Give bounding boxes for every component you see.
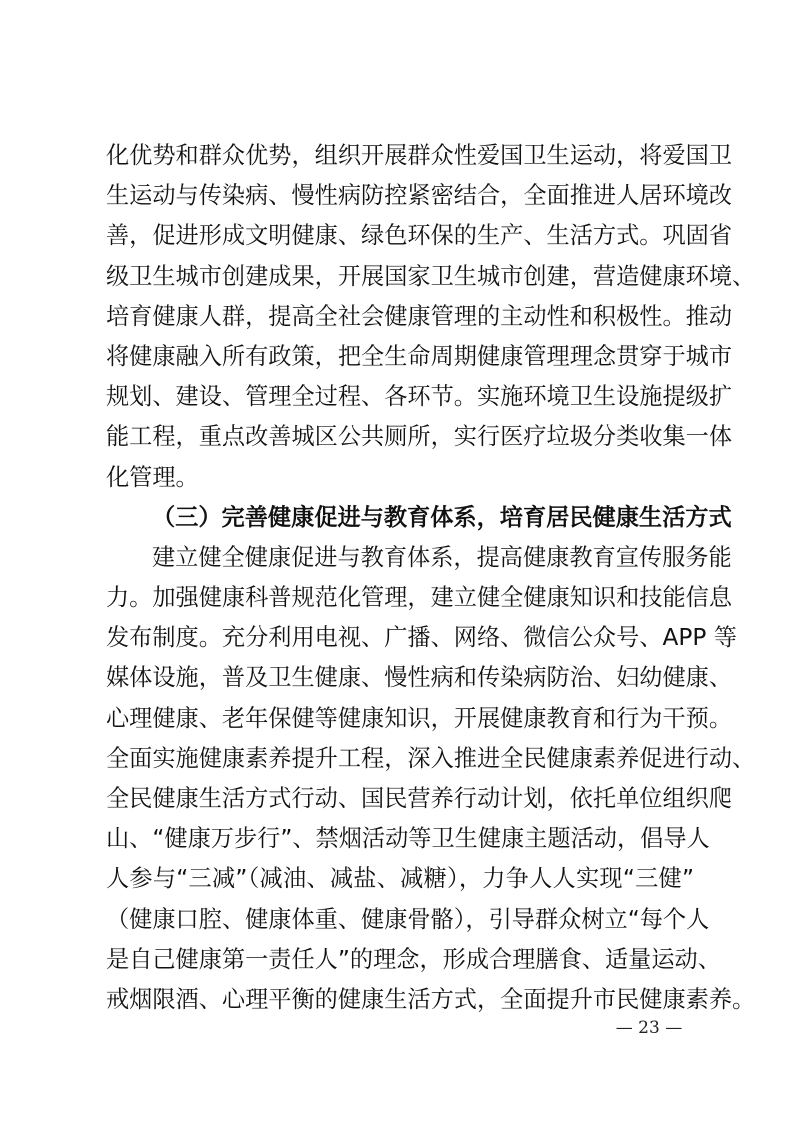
text-line: 戒烟限酒、心理平衡的健康生活方式，全面提升市民健康素养。 <box>106 980 694 1020</box>
text-line: 将健康融入所有政策，把全生命周期健康管理理念贯穿于城市 <box>106 337 694 377</box>
text-line: 培育健康人群，提高全社会健康管理的主动性和积极性。推动 <box>106 297 694 337</box>
text-line: 全民健康生活方式行动、国民营养行动计划，依托单位组织爬 <box>106 779 694 819</box>
text-line: 生运动与传染病、慢性病防控紧密结合，全面推进人居环境改 <box>106 176 694 216</box>
text-line: 媒体设施，普及卫生健康、慢性病和传染病防治、妇幼健康、 <box>106 658 694 698</box>
text-line: 是自己健康第一责任人”的理念，形成合理膳食、适量运动、 <box>106 940 694 980</box>
text-line: 化优势和群众优势，组织开展群众性爱国卫生运动，将爱国卫 <box>106 136 694 176</box>
section-heading: （三）完善健康促进与教育体系，培育居民健康生活方式 <box>106 498 694 538</box>
text-line: 山、“健康万步行”、禁烟活动等卫生健康主题活动，倡导人 <box>106 819 694 859</box>
text-line: 善，促进形成文明健康、绿色环保的生产、生活方式。巩固省 <box>106 216 694 256</box>
text-line: 力。加强健康科普规范化管理，建立健全健康知识和技能信息 <box>106 578 694 618</box>
page-number: — 23 — <box>604 1018 694 1038</box>
text-line: 心理健康、老年保健等健康知识，开展健康教育和行为干预。 <box>106 699 694 739</box>
text-line: 发布制度。充分利用电视、广播、网络、微信公众号、APP 等 <box>106 618 694 658</box>
text-line: 化管理。 <box>106 458 694 498</box>
text-line: （健康口腔、健康体重、健康骨骼），引导群众树立“每个人 <box>106 900 694 940</box>
text-line: 能工程，重点改善城区公共厕所，实行医疗垃圾分类收集一体 <box>106 417 694 457</box>
text-line: 人参与“三减”（减油、减盐、减糖），力争人人实现“三健” <box>106 859 694 899</box>
text-line: 规划、建设、管理全过程、各环节。实施环境卫生设施提级扩 <box>106 377 694 417</box>
text-line: 建立健全健康促进与教育体系，提高健康教育宣传服务能 <box>106 538 694 578</box>
text-line: 全面实施健康素养提升工程，深入推进全民健康素养促进行动、 <box>106 739 694 779</box>
text-line: 级卫生城市创建成果，开展国家卫生城市创建，营造健康环境、 <box>106 257 694 297</box>
page-body: 化优势和群众优势，组织开展群众性爱国卫生运动，将爱国卫 生运动与传染病、慢性病防… <box>106 136 694 1020</box>
